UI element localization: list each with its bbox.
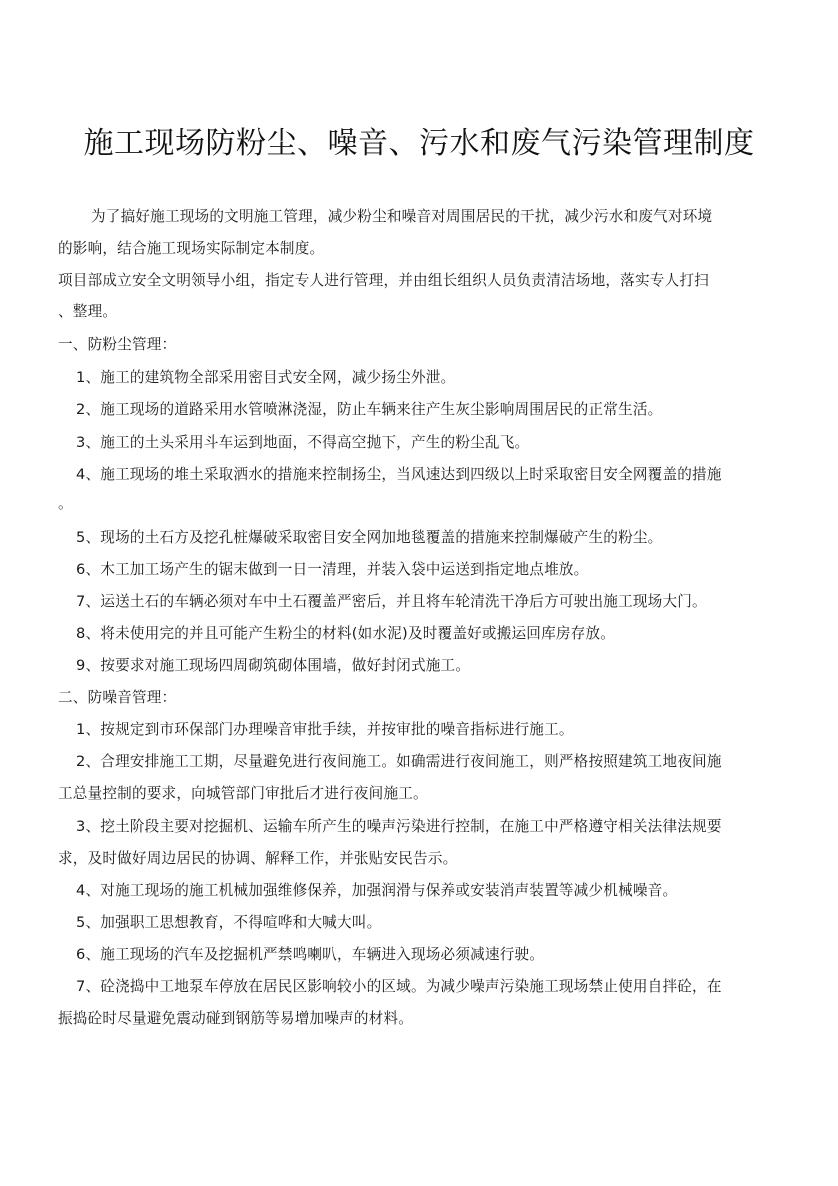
section-heading-noise: 二、防噪音管理： — [58, 686, 176, 707]
list-item-continuation: 振捣砼时尽量避免震动碰到钢筋等易增加噪声的材料。 — [58, 1007, 413, 1028]
intro-paragraph-line: 项目部成立安全文明领导小组，指定专人进行管理，并由组长组织人员负责清洁场地，落实… — [58, 269, 709, 290]
list-item-continuation: 工总量控制的要求，向城管部门审批后才进行夜间施工。 — [58, 782, 428, 803]
list-item: 6、木工加工场产生的锯末做到一日一清理，并装入袋中运送到指定地点堆放。 — [76, 558, 588, 579]
list-item: 5、加强职工思想教育，不得喧哗和大喊大叫。 — [76, 911, 381, 932]
document-page: 施工现场防粉尘、噪音、污水和废气污染管理制度 为了搞好施工现场的文明施工管理，减… — [0, 0, 838, 1186]
list-item: 1、按规定到市环保部门办理噪音审批手续，并按审批的噪音指标进行施工。 — [76, 718, 574, 739]
list-item: 9、按要求对施工现场四周砌筑砌体围墙，做好封闭式施工。 — [76, 654, 470, 675]
list-item: 7、运送土石的车辆必须对车中土石覆盖严密后，并且将车轮清洗干净后方可驶出施工现场… — [76, 590, 707, 611]
list-item: 2、施工现场的道路采用水管喷淋浇湿，防止车辆来往产生灰尘影响周围居民的正常生活。 — [76, 398, 662, 419]
list-item: 6、施工现场的汽车及挖掘机严禁鸣喇叭，车辆进入现场必须减速行驶。 — [76, 943, 544, 964]
list-item: 7、砼浇捣中工地泵车停放在居民区影响较小的区域。为减少噪声污染施工现场禁止使用自… — [76, 975, 722, 996]
list-item-continuation: 。 — [58, 492, 73, 513]
list-item: 5、现场的土石方及挖孔桩爆破采取密目安全网加地毯覆盖的措施来控制爆破产生的粉尘。 — [76, 526, 662, 547]
list-item-continuation: 求，及时做好周边居民的协调、解释工作，并张贴安民告示。 — [58, 847, 457, 868]
document-title: 施工现场防粉尘、噪音、污水和废气污染管理制度 — [0, 118, 838, 162]
intro-paragraph-line: 、整理。 — [58, 300, 117, 321]
intro-paragraph-line: 为了搞好施工现场的文明施工管理，减少粉尘和噪音对周围居民的干扰，减少污水和废气对… — [91, 205, 712, 226]
intro-paragraph-line: 的影响，结合施工现场实际制定本制度。 — [58, 237, 324, 258]
list-item: 2、合理安排施工工期，尽量避免进行夜间施工。如确需进行夜间施工，则严格按照建筑工… — [76, 750, 722, 771]
list-item: 3、挖土阶段主要对挖掘机、运输车所产生的噪声污染进行控制，在施工中严格遵守相关法… — [76, 815, 722, 836]
list-item: 4、对施工现场的施工机械加强维修保养，加强润滑与保养或安装消声装置等减少机械噪音… — [76, 879, 677, 900]
list-item: 8、将未使用完的并且可能产生粉尘的材料(如水泥)及时覆盖好或搬运回库房存放。 — [76, 622, 615, 643]
section-heading-dust: 一、防粉尘管理： — [58, 333, 176, 354]
list-item: 1、施工的建筑物全部采用密目式安全网，减少扬尘外泄。 — [76, 366, 455, 387]
list-item: 3、施工的土头采用斗车运到地面，不得高空抛下，产生的粉尘乱飞。 — [76, 431, 529, 452]
list-item: 4、施工现场的堆土采取洒水的措施来控制扬尘，当风速达到四级以上时采取密目安全网覆… — [76, 463, 722, 484]
